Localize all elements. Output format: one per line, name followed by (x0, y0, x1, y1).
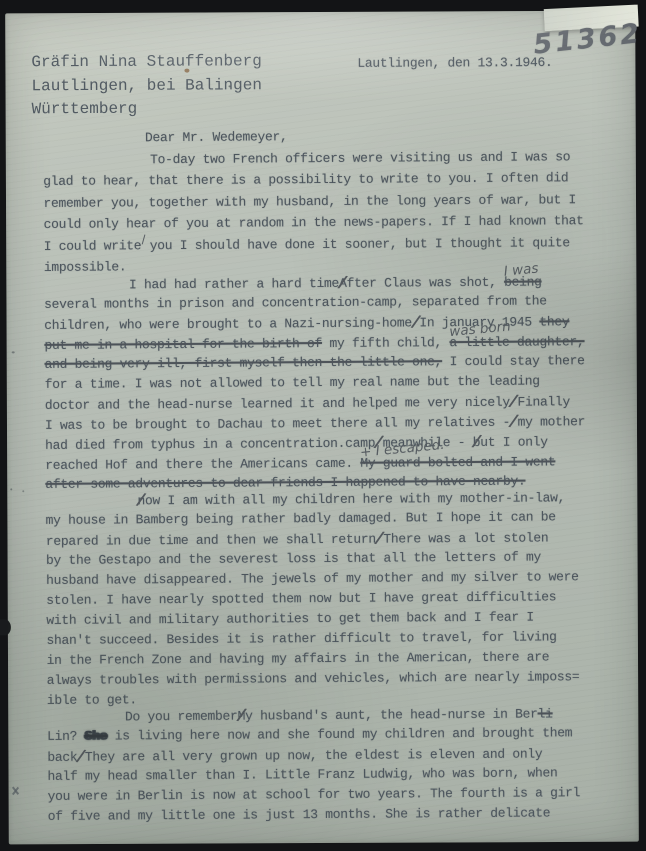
typed-text: remember you, together with my husband, … (43, 192, 576, 211)
typed-text: could only hear of you at random in the … (44, 213, 584, 232)
pencil-slash: / (134, 491, 136, 511)
letter-line: stolen. I have nearly spotted them now b… (46, 587, 624, 611)
typed-text: back (47, 750, 77, 765)
typed-text: husband have disappeared. The jewels of … (46, 569, 579, 588)
typed-text: I could stay there (442, 353, 585, 369)
paragraph: /now I am with all my children here with… (45, 487, 625, 711)
typed-text: There was a lot stolen (376, 530, 549, 546)
typed-text: reached Hof and there the Americans came… (45, 456, 360, 473)
typed-text: Lin? (47, 729, 85, 744)
typed-text: had died from typhus in a concentration.… (45, 436, 375, 453)
typed-text: my house in Bamberg being rather badly d… (46, 509, 556, 528)
typed-text: half my head smaller than I. Little Fran… (47, 765, 557, 784)
typed-text: by the Gestapo and the severest loss is … (46, 549, 541, 567)
typed-text: in the French Zone and having my affairs… (47, 649, 550, 668)
typed-text: you were in Berlin is now at school for … (48, 785, 581, 804)
letter-line: always troubles with permissions and veh… (47, 667, 625, 691)
overstruck-word: She (85, 729, 108, 744)
typed-text: for a time. I was not allowed to tell my… (45, 373, 540, 391)
typed-text: impossible. (44, 259, 127, 275)
typed-text: my mother (510, 414, 585, 430)
letter-page: 51362 Gräfin Nina Stauffenberg Lautlinge… (5, 11, 639, 845)
letter-line: reached Hof and there the Americans came… (45, 451, 623, 475)
typed-text: Do you remember (125, 709, 238, 725)
struck-text: and being very ill, first myself then th… (45, 354, 443, 372)
typed-text: several months in prison and concentrati… (44, 293, 547, 312)
letter-line: I could write you I should have done it … (44, 231, 622, 257)
typed-text: After Claus was shot, (339, 275, 504, 291)
typed-text: Dear Mr. Wedemeyer, (145, 129, 288, 145)
typed-text: with civil and military authorities to g… (46, 610, 534, 628)
typed-text: I could write (44, 238, 142, 254)
scanned-letter-photo: { "page": { "catalog_number": "51362" },… (0, 0, 646, 851)
paragraph: Dear Mr. Wedemeyer,To-day two French off… (43, 124, 622, 279)
typed-text: My husband's aunt, the head-nurse in Ber (237, 707, 537, 724)
letter-body: Dear Mr. Wedemeyer,To-day two French off… (4, 10, 640, 845)
struck-text: put me in a hospital for the birth of (44, 336, 322, 353)
typed-text: now I am with all my children here with … (137, 490, 565, 508)
typed-text: I had had rather a hard time (129, 276, 339, 292)
paragraph: Do you remember/My husband's aunt, the h… (47, 703, 626, 827)
typed-text: shan't succeed. Besides it is rather dif… (46, 629, 556, 648)
typed-text: stolen. I have nearly spotted them now b… (46, 589, 556, 608)
typed-text: They are all very grown up now, the elde… (77, 746, 542, 764)
paragraph: I had had rather a hard time/After Claus… (44, 271, 624, 495)
typed-text: repared in due time and then we shall re… (46, 532, 376, 549)
typed-text: I was to be brought to Dachau to meet th… (45, 415, 510, 433)
letter-line: of five and my little one is just 13 mon… (48, 803, 626, 827)
typed-text: doctor and the head-nurse learned it and… (45, 395, 510, 413)
struck-text: li (538, 706, 553, 721)
typed-text: children, who were brought to a Nazi-nur… (44, 315, 412, 333)
typed-text: To-day two French officers were visiting… (150, 149, 570, 167)
typed-text: you I should have done it sooner, but I … (142, 235, 570, 253)
typed-text: glad to hear, that there is a possibilit… (43, 170, 568, 189)
typed-text: but I only (473, 434, 548, 450)
typed-text: my fifth child, (322, 335, 450, 351)
struck-text: they (539, 314, 569, 329)
typed-text: of five and my little one is just 13 mon… (48, 805, 551, 824)
typed-text: always troubles with permissions and veh… (47, 669, 580, 688)
typed-text: is living here now and she found my chil… (107, 725, 572, 743)
